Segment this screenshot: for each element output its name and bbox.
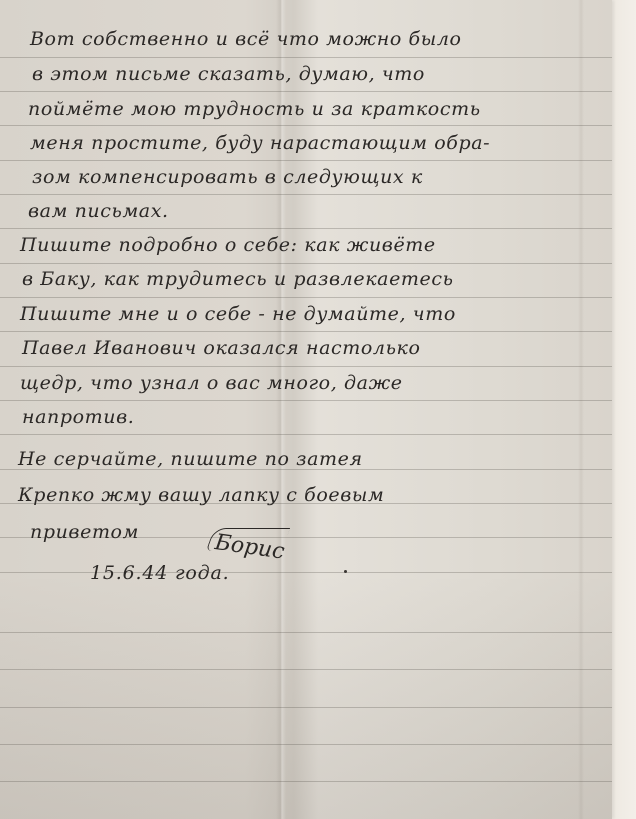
letter-line: Крепко жму вашу лапку с боевым (0, 478, 630, 512)
letter-line: Вот собственно и всё что можно было (0, 22, 636, 56)
letter-line-text: Пишите подробно о себе: как живёте (20, 228, 436, 262)
letter-line: Пишите мне и о себе - не думайте, что (0, 297, 632, 331)
letter-line: Не серчайте, пишите по затея (0, 442, 630, 476)
letter-line: приветом (0, 515, 636, 549)
ruled-line (0, 434, 612, 435)
letter-line: поймёте мою трудность и за краткость (0, 92, 636, 126)
letter-line: Павел Иванович оказался настолько (0, 331, 634, 365)
letter-line-text: Крепко жму вашу лапку с боевым (18, 478, 384, 512)
letter-line-text: Павел Иванович оказался настолько (22, 331, 421, 365)
letter-line-text: вам письмах. (28, 194, 169, 228)
letter-line-text: в этом письме сказать, думаю, что (32, 57, 425, 91)
letter-line-text: меня простите, буду нарастающим обра- (30, 126, 490, 160)
letter-line: в этом письме сказать, думаю, что (0, 57, 636, 91)
letter-line: вам письмах. (0, 194, 636, 228)
ink-dot (344, 570, 347, 573)
letter-page: Вот собственно и всё что можно было в эт… (0, 0, 612, 819)
letter-line-text: напротив. (22, 400, 134, 434)
ruled-line (0, 632, 612, 633)
letter-line-text: Не серчайте, пишите по затея (18, 442, 363, 476)
letter-line-text: приветом (30, 515, 139, 549)
letter-line-text: Пишите мне и о себе - не думайте, что (20, 297, 456, 331)
letter-line-text: щедр, что узнал о вас много, даже (20, 366, 403, 400)
letter-line-text: поймёте мою трудность и за краткость (28, 92, 481, 126)
letter-line-text: Вот собственно и всё что можно было (30, 22, 462, 56)
ruled-line (0, 707, 612, 708)
letter-line: Пишите подробно о себе: как живёте (0, 228, 632, 262)
letter-line: зом компенсировать в следующих к (0, 160, 636, 194)
letter-date: 15.6.44 года. (90, 562, 229, 584)
ruled-line (0, 744, 612, 745)
letter-line: в Баку, как трудитесь и развлекаетесь (0, 262, 634, 296)
letter-line: щедр, что узнал о вас много, даже (0, 366, 632, 400)
ruled-line (0, 781, 612, 782)
letter-line-text: зом компенсировать в следующих к (32, 160, 423, 194)
ruled-line (0, 669, 612, 670)
letter-line: меня простите, буду нарастающим обра- (0, 126, 636, 160)
letter-line-text: в Баку, как трудитесь и развлекаетесь (22, 262, 454, 296)
letter-line: напротив. (0, 400, 634, 434)
